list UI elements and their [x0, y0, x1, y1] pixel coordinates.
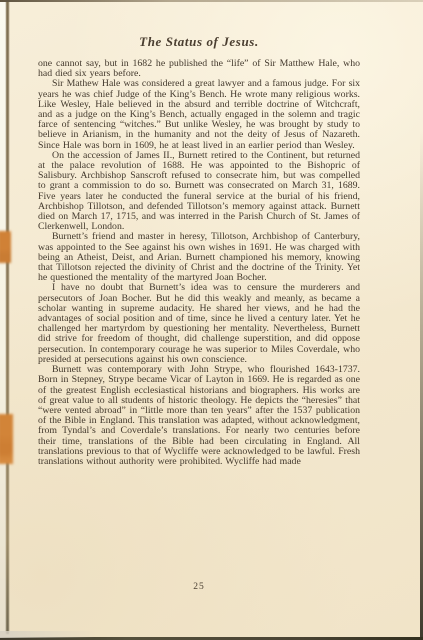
scan-top-edge — [0, 0, 423, 2]
body-paragraph: I have no doubt that Burnett’s idea was … — [38, 283, 360, 365]
binding-shadow-line — [6, 0, 9, 634]
scan-bottom-left-corner — [0, 631, 95, 638]
body-paragraph: Burnett’s friend and master in heresy, T… — [38, 232, 360, 283]
page-number: 25 — [38, 582, 360, 592]
body-paragraph: On the accession of James II., Burnett r… — [38, 151, 360, 233]
scanned-book-page: The Status of Jesus. one cannot say, but… — [0, 0, 423, 640]
ink-stain-lower — [0, 414, 13, 464]
ink-stain-upper — [0, 231, 11, 263]
page-title: The Status of Jesus. — [38, 34, 360, 50]
body-paragraph: Burnett was contemporary with John Stryp… — [38, 365, 360, 467]
page-content: The Status of Jesus. one cannot say, but… — [38, 34, 360, 467]
body-paragraph: Sir Mathew Hale was considered a great l… — [38, 79, 360, 150]
body-paragraph: one cannot say, but in 1682 he published… — [38, 59, 360, 79]
